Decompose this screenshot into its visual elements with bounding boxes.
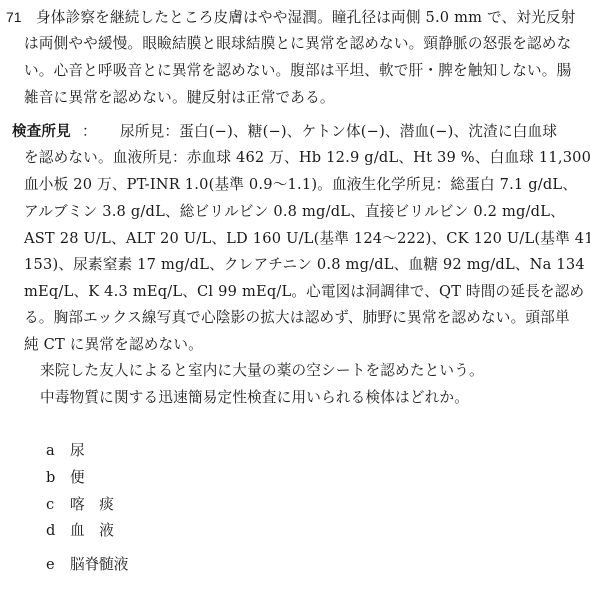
exam-line-3: い。心音と呼吸音とに異常を認めない。腹部は平坦、軟で肝・脾を触知しない。腸 [24,62,571,80]
lab-line-6: 153)、尿素窒素 17 mg/dL、クレアチニン 0.8 mg/dL、血糖 9… [24,256,585,274]
lab-colon: ： [82,123,97,141]
question-prompt: 中毒物質に関する迅速簡易定性検査に用いられる検体はどれか。 [40,389,469,407]
option-text: 脳脊髄液 [70,556,128,574]
option-letter: c [46,496,54,514]
option-text: 便 [70,469,85,487]
context-line: 来院した友人によると室内に大量の薬の空シートを認めたという。 [40,362,484,380]
option-text: 尿 [70,442,85,460]
lab-heading: 検査所見 [12,123,71,141]
lab-line-7: mEq/L、K 4.3 mEq/L、Cl 99 mEq/L。心電図は洞調律で、Q… [24,283,584,301]
question-number: 71 [6,9,22,25]
exam-line-1: 身体診察を継続したところ皮膚はやや湿潤。瞳孔径は両側 5.0 mm で、対光反射 [36,9,576,27]
exam-line-4: 雑音に異常を認めない。腱反射は正常である。 [24,89,335,107]
lab-line-1: 尿所見：蛋白(−)、糖(−)、ケトン体(−)、潜血(−)、沈渣に白血球 [120,123,557,141]
lab-line-3: 血小板 20 万、PT-INR 1.0(基準 0.9〜1.1)。血液生化学所見：… [24,176,577,194]
lab-line-2: を認めない。血液所見：赤血球 462 万、Hb 12.9 g/dL、Ht 39 … [24,149,590,167]
lab-line-5: AST 28 U/L、ALT 20 U/L、LD 160 U/L(基準 124〜… [24,230,590,248]
option-letter: d [46,522,55,540]
lab-line-4: アルブミン 3.8 g/dL、総ビリルビン 0.8 mg/dL、直接ビリルビン … [24,203,565,221]
option-text: 喀 痰 [70,496,114,514]
lab-line-9: 純 CT に異常を認めない。 [24,336,203,354]
exam-line-2: は両側やや緩慢。眼瞼結膜と眼球結膜とに異常を認めない。頸静脈の怒張を認めな [24,35,571,53]
option-letter: e [46,556,55,574]
option-text: 血 液 [70,522,114,540]
option-letter: a [46,442,55,460]
option-letter: b [46,469,55,487]
lab-line-8: る。胸部エックス線写真で心陰影の拡大は認めず、肺野に異常を認めない。頭部単 [24,309,570,327]
